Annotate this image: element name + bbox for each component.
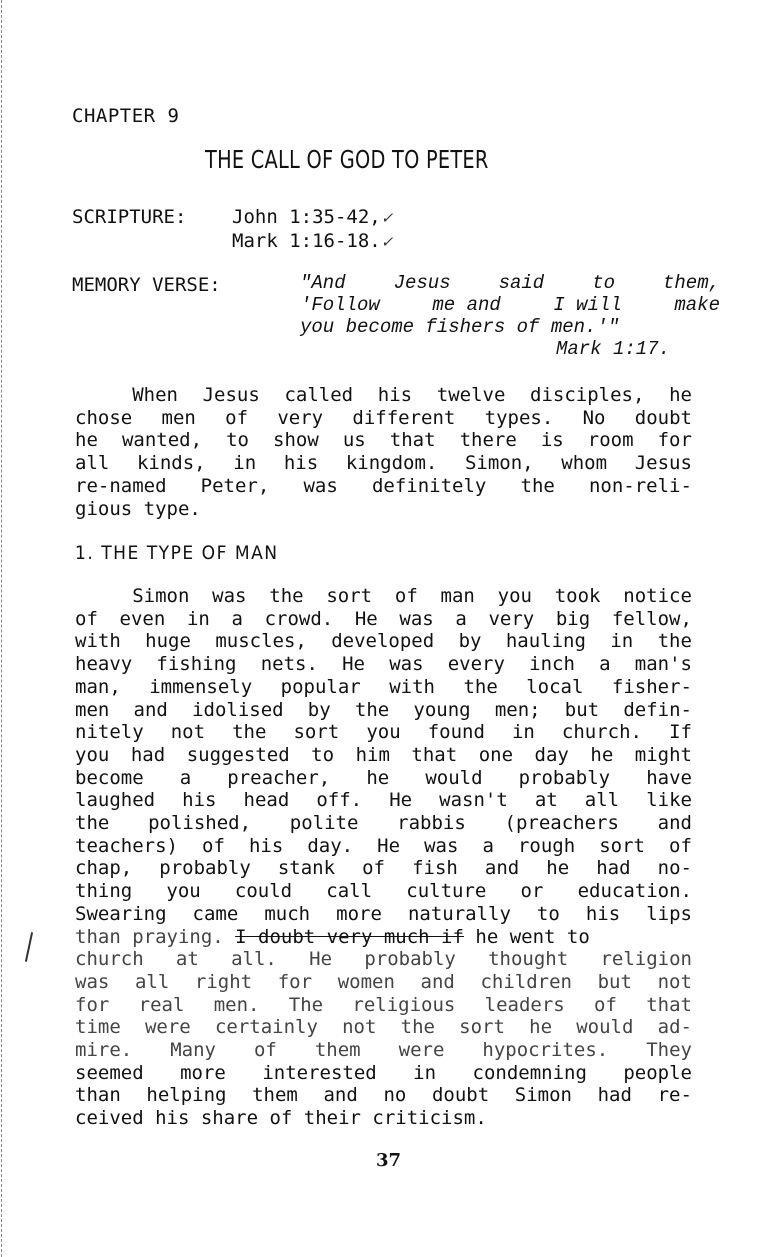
text-line: WhenJesuscalledhistwelvedisciples,he [75,384,692,407]
chapter-title: THE CALL OF GOD TO PETER [205,145,489,174]
verse-line: 'Followme andI willmake [300,294,720,316]
page-number: 37 [376,1150,401,1171]
text-line: becomeapreacher,hewouldprobablyhave [75,767,692,790]
text-line: chap,probablystankoffishandhehadno- [75,857,692,880]
text-line: chosemenofverydifferenttypes.Nodoubt [75,407,692,430]
text-line: churchatall.Heprobablythoughtreligion [75,948,692,971]
text-line: laughedhisheadoff.Hewasn'tatalllike [75,789,692,812]
check-mark-icon: ✓ [381,233,394,251]
text-line: mire.Manyofthemwerehypocrites.They [75,1039,692,1062]
text-line: thepolished,politerabbis(preachersand [75,812,692,835]
scripture-ref: John 1:35-42,✓ [232,206,393,230]
text-line: seemedmoreinterestedincondemningpeople [75,1062,692,1085]
text-line: youhadsuggestedtohimthatonedayhemight [75,744,692,767]
verse-reference: Mark 1:17. [300,338,720,360]
text-line: thanhelpingthemandnodoubtSimonhadre- [75,1084,692,1107]
section-paragraph: Simonwasthesortofmanyoutooknoticeofeveni… [75,585,692,1130]
text-line: menandidolisedbytheyoungmen;butdefin- [75,699,692,722]
verse-line: you become fishers of men.'" [300,316,720,338]
memory-verse: "AndJesussaidtothem,'Followme andI willm… [300,272,720,360]
text-line: Swearingcamemuchmorenaturallytohislips [75,903,692,926]
text-line: withhugemuscles,developedbyhaulinginthe [75,630,692,653]
margin-pen-mark [25,932,33,962]
text-line: heavyfishingnets.Hewaseveryinchaman's [75,653,692,676]
scripture-label: SCRIPTURE: [72,206,186,228]
intro-paragraph: WhenJesuscalledhistwelvedisciples,hechos… [75,384,692,520]
text-line: hewanted,toshowusthatthereisroomfor [75,429,692,452]
verse-line: "AndJesussaidtothem, [300,272,720,294]
text-line: nitelynotthesortyoufoundinchurch.If [75,721,692,744]
page-edge-rule [1,0,3,1257]
memory-verse-label: MEMORY VERSE: [72,274,221,296]
text-line: allkinds,inhiskingdom.Simon,whomJesus [75,452,692,475]
text-line: forrealmen.Thereligiousleadersofthat [75,994,692,1017]
text-line: timewerecertainlynotthesorthewouldad- [75,1016,692,1039]
text-line: ceived his share of their criticism. [75,1107,692,1130]
text-line: teachers)ofhisday.Hewasaroughsortof [75,835,692,858]
text-line: gious type. [75,498,692,521]
text-line: Simonwasthesortofmanyoutooknotice [75,585,692,608]
struck-text: I doubt very much if [235,926,464,949]
text-line: wasallrightforwomenandchildrenbutnot [75,971,692,994]
scripture-refs: John 1:35-42,✓ Mark 1:16-18.✓ [232,206,393,254]
text-line: thingyoucouldcallcultureoreducation. [75,880,692,903]
scripture-ref: Mark 1:16-18.✓ [232,230,393,254]
text-line: ofeveninacrowd.Hewasaverybigfellow, [75,608,692,631]
text-line: re-namedPeter,wasdefinitelythenon-reli- [75,475,692,498]
chapter-label: CHAPTER 9 [72,105,179,127]
section-heading: 1. THE TYPE OF MAN [75,542,279,564]
edited-line: than praying. I doubt very much if he we… [75,926,692,949]
check-mark-icon: ✓ [381,209,394,227]
text-line: man,immenselypopularwiththelocalfisher- [75,676,692,699]
